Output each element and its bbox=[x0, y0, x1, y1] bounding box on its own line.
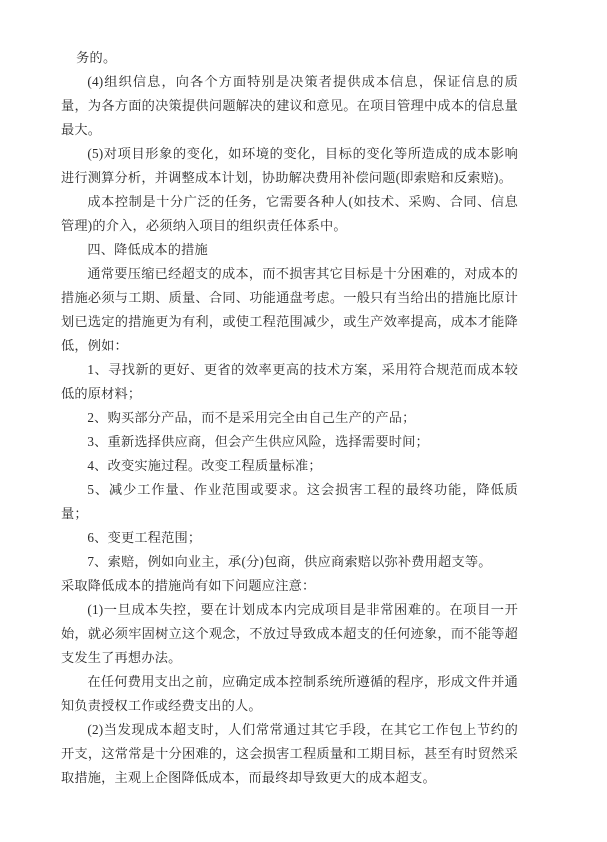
paragraph: (2)当发现成本超支时，人们常常通过其它手段，在其它工作包上节约的开支，这常常是… bbox=[61, 718, 518, 790]
paragraph: 采取降低成本的措施尚有如下问题应注意： bbox=[61, 574, 518, 598]
paragraph: 3、重新选择供应商，但会产生供应风险，选择需要时间； bbox=[61, 430, 518, 454]
paragraph: (4)组织信息，向各个方面特别是决策者提供成本信息，保证信息的质量，为各方面的决… bbox=[61, 70, 518, 142]
paragraph: 通常要压缩已经超支的成本，而不损害其它目标是十分困难的，对成本的措施必须与工期、… bbox=[61, 262, 518, 358]
paragraph: 2、购买部分产品，而不是采用完全由自己生产的产品； bbox=[61, 406, 518, 430]
paragraph: 务的。 bbox=[61, 46, 518, 70]
paragraph: 在任何费用支出之前，应确定成本控制系统所遵循的程序，形成文件并通知负责授权工作或… bbox=[61, 670, 518, 718]
paragraph: 6、变更工程范围； bbox=[61, 526, 518, 550]
paragraph: 4、改变实施过程。改变工程质量标准； bbox=[61, 454, 518, 478]
paragraph: (5)对项目形象的变化，如环境的变化，目标的变化等所造成的成本影响进行测算分析，… bbox=[61, 142, 518, 190]
document-body: 务的。(4)组织信息，向各个方面特别是决策者提供成本信息，保证信息的质量，为各方… bbox=[61, 46, 518, 790]
paragraph: 7、索赔，例如向业主，承(分)包商，供应商索赔以弥补费用超支等。 bbox=[61, 550, 518, 574]
paragraph: 5、减少工作量、作业范围或要求。这会损害工程的最终功能，降低质量； bbox=[61, 478, 518, 526]
paragraph: 1、寻找新的更好、更省的效率更高的技术方案，采用符合规范而成本较低的原材料； bbox=[61, 358, 518, 406]
paragraph: 成本控制是十分广泛的任务，它需要各种人(如技术、采购、合同、信息管理)的介入，必… bbox=[61, 190, 518, 238]
paragraph: (1)一旦成本失控，要在计划成本内完成项目是非常困难的。在项目一开始，就必须牢固… bbox=[61, 598, 518, 670]
document-page: 务的。(4)组织信息，向各个方面特别是决策者提供成本信息，保证信息的质量，为各方… bbox=[0, 0, 607, 842]
paragraph: 四、降低成本的措施 bbox=[61, 238, 518, 262]
